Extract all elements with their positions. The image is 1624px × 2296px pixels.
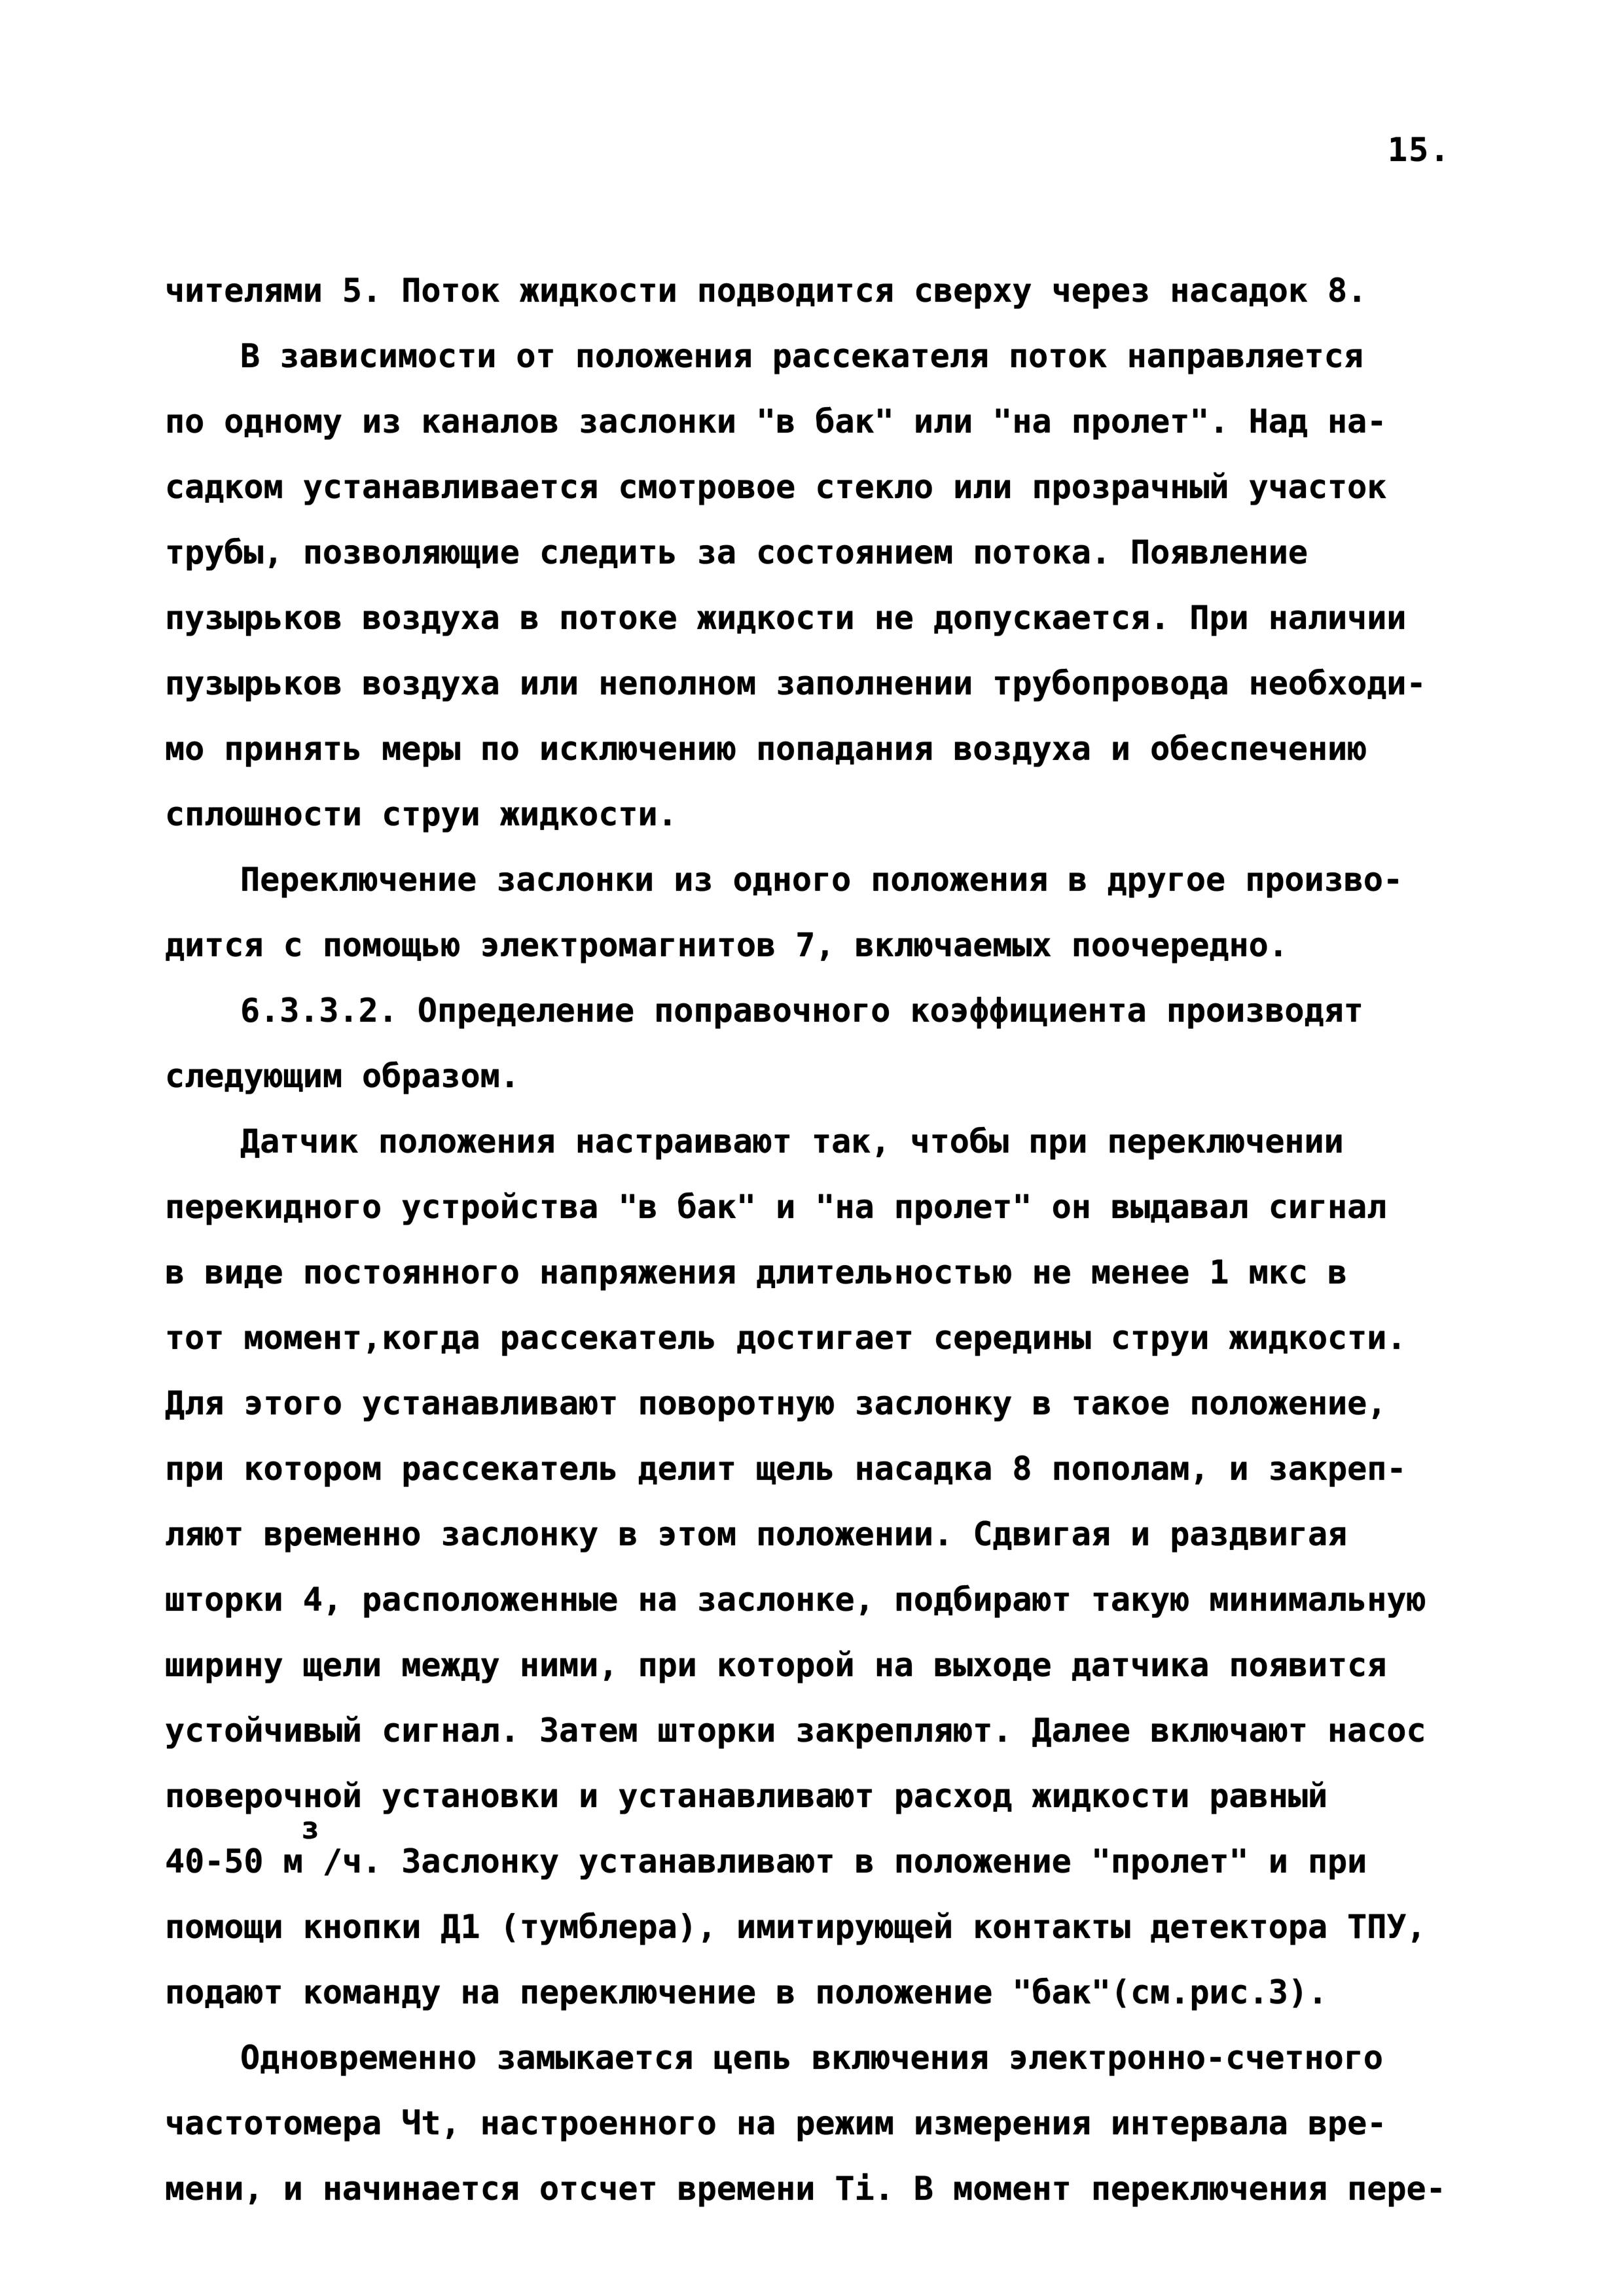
- text-line: трубы, позволяющие следить за состоянием…: [165, 520, 1474, 585]
- text-line: мо принять меры по исключению попадания …: [165, 716, 1474, 781]
- text-line: подают команду на переключение в положен…: [165, 1960, 1474, 2025]
- page-number: 15.: [1388, 131, 1451, 169]
- text-line: В зависимости от положения рассекателя п…: [165, 323, 1474, 389]
- text-line: Одновременно замыкается цепь включения э…: [165, 2025, 1474, 2090]
- text-line: 40-50 м /ч. Заслонку устанавливают в пол…: [165, 1829, 1474, 1894]
- text-line: пузырьков воздуха или неполном заполнени…: [165, 651, 1474, 716]
- document-page: 15. чителями 5. Поток жидкости подводитс…: [0, 0, 1624, 2296]
- text-line: помощи кнопки Д1 (тумблера), имитирующей…: [165, 1894, 1474, 1960]
- text-line: в виде постоянного напряжения длительнос…: [165, 1240, 1474, 1305]
- text-line: чителями 5. Поток жидкости подводится св…: [165, 258, 1474, 323]
- text-line: мени, и начинается отсчет времени Ti. В …: [165, 2156, 1474, 2221]
- text-line: поверочной установки и устанавливают рас…: [165, 1763, 1474, 1829]
- cubic-meter-exponent: з: [301, 1813, 319, 1843]
- text-line: ляют временно заслонку в этом положении.…: [165, 1501, 1474, 1567]
- text-line: тот момент,когда рассекатель достигает с…: [165, 1305, 1474, 1371]
- text-line: устойчивый сигнал. Затем шторки закрепля…: [165, 1698, 1474, 1763]
- text-line: перекидного устройства "в бак" и "на про…: [165, 1174, 1474, 1240]
- text-line: сплошности струи жидкости.: [165, 781, 1474, 847]
- text-line: 6.3.3.2. Определение поправочного коэффи…: [165, 978, 1474, 1043]
- text-line: дится с помощью электромагнитов 7, включ…: [165, 912, 1474, 978]
- text-line: Переключение заслонки из одного положени…: [165, 847, 1474, 912]
- text-line: шторки 4, расположенные на заслонке, под…: [165, 1567, 1474, 1632]
- text-line: садком устанавливается смотровое стекло …: [165, 454, 1474, 520]
- text-line: Датчик положения настраивают так, чтобы …: [165, 1109, 1474, 1174]
- text-line: ширину щели между ними, при которой на в…: [165, 1632, 1474, 1698]
- text-line: Для этого устанавливают поворотную засло…: [165, 1371, 1474, 1436]
- text-line: пузырьков воздуха в потоке жидкости не д…: [165, 585, 1474, 651]
- text-line: по одному из каналов заслонки "в бак" ил…: [165, 389, 1474, 454]
- text-line: частотомера Чt, настроенного на режим из…: [165, 2090, 1474, 2156]
- text-line: следующим образом.: [165, 1043, 1474, 1109]
- document-text-body: чителями 5. Поток жидкости подводится св…: [165, 258, 1474, 2221]
- text-line: при котором рассекатель делит щель насад…: [165, 1436, 1474, 1501]
